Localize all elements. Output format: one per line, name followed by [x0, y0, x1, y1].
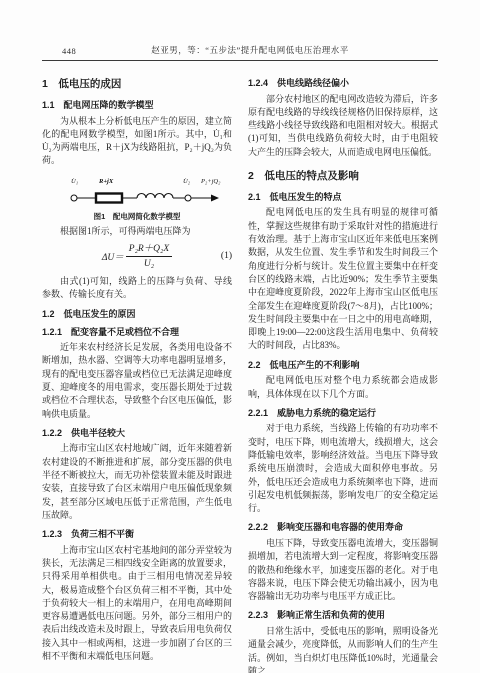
- paragraph: 日常生活中，受低电压的影响，照明设备光通量会减少，亮度降低，从而影响人们的生产生…: [248, 625, 438, 673]
- section-1-2-4-heading: 1.2.4 供电线路线径偏小: [248, 76, 438, 89]
- figure-label-pq: P₂+jQ₂: [200, 178, 221, 185]
- section-2-heading: 2 低电压的特点及影响: [248, 168, 438, 183]
- section-2-2-3-heading: 2.2.3 影响正常生活和负荷的使用: [248, 608, 438, 621]
- figure-label-u2: U̇₂: [183, 178, 191, 185]
- page-header: 448 赵亚男，等：“五步法”提升配电网低电压治理水平: [42, 0, 438, 56]
- section-1-2-heading: 1.2 低电压发生的原因: [42, 307, 232, 320]
- figure-1-caption: 图1 配电网简化数学模型: [42, 211, 232, 222]
- equation-numerator: P₂R＋Q₂X: [126, 243, 172, 257]
- impedance-box: [96, 193, 122, 202]
- paragraph: 部分农村地区的配电网改造较为滞后，许多原有配电线路的导线线径规格仍旧保持原样，这…: [248, 93, 438, 159]
- section-2-2-1-heading: 2.2.1 威胁电力系统的稳定运行: [248, 406, 438, 419]
- paragraph: 根据图1所示，可得两端电压降为: [42, 225, 232, 238]
- section-1-1-heading: 1.1 配电网压降的数学模型: [42, 98, 232, 111]
- paragraph: 由式(1)可知，线路上的压降与负荷、导线参数、传输长度有关。: [42, 275, 232, 302]
- section-1-2-3-heading: 1.2.3 负荷三相不平衡: [42, 527, 232, 540]
- two-column-body: 1 低电压的成因 1.1 配电网压降的数学模型 为从根本上分析低电压产生的原因，…: [42, 67, 438, 673]
- equation-lhs: ΔU＝: [102, 249, 124, 263]
- section-1-2-1-heading: 1.2.1 配变容量不足或档位不合理: [42, 325, 232, 338]
- figure-label-u1: U̇₁: [71, 178, 78, 185]
- section-1-heading: 1 低电压的成因: [42, 76, 232, 91]
- page-number: 448: [42, 46, 122, 56]
- section-1-2-2-heading: 1.2.2 供电半径较大: [42, 426, 232, 439]
- paragraph: 上海市宝山区农村地域广阔，近年来随着新农村建设的不断推进和扩展，部分变压器的供电…: [42, 442, 232, 522]
- equation-1: ΔU＝ P₂R＋Q₂X U₂ (1): [42, 243, 232, 270]
- header-rule: [42, 60, 438, 61]
- paper-page: 448 赵亚男，等：“五步法”提升配电网低电压治理水平 1 低电压的成因 1.1…: [0, 0, 480, 673]
- right-column: 1.2.4 供电线路线径偏小 部分农村地区的配电网改造较为滞后，许多原有配电线路…: [248, 67, 438, 673]
- equation-fraction: P₂R＋Q₂X U₂: [126, 243, 172, 270]
- figure-label-rjx: R+jX: [98, 178, 114, 185]
- arrowhead-icon: [211, 194, 219, 201]
- terminal-node: [71, 195, 77, 201]
- paragraph: 上海市宝山区农村宅基地间的部分弄堂较为狭长，无法满足三相四线安全距离的放置要求，…: [42, 544, 232, 664]
- circuit-diagram: U̇₁ R+jX U̇₂ P₂+jQ₂: [43, 173, 231, 209]
- terminal-node: [185, 195, 191, 201]
- figure-1: U̇₁ R+jX U̇₂ P₂+jQ₂: [42, 173, 232, 222]
- section-2-1-heading: 2.1 低电压发生的特点: [248, 190, 438, 203]
- left-column: 1 低电压的成因 1.1 配电网压降的数学模型 为从根本上分析低电压产生的原因，…: [42, 67, 232, 673]
- inductor-coil: [137, 193, 173, 198]
- paragraph: 配电网低电压对整个电力系统都会造成影响，具体体现在以下几个方面。: [248, 374, 438, 401]
- section-2-2-heading: 2.2 低电压产生的不利影响: [248, 358, 438, 371]
- paragraph: 电压下降，导致变压器电流增大，变压器铜损增加，若电流增大到一定程度，将影响变压器…: [248, 537, 438, 603]
- equation-number: (1): [221, 251, 232, 261]
- equation-denominator: U₂: [144, 257, 154, 270]
- paragraph: 近年来农村经济长足发展，各类用电设备不断增加，热水器、空调等大功率电器明显增多，…: [42, 341, 232, 421]
- section-2-2-2-heading: 2.2.2 影响变压器和电容器的使用寿命: [248, 520, 438, 533]
- running-title: 赵亚男，等：“五步法”提升配电网低电压治理水平: [122, 44, 378, 56]
- paragraph: 配电网低电压的发生具有明显的规律可循性，掌握这些规律有助于采取针对性的措施进行有…: [248, 206, 438, 352]
- paragraph: 为从根本上分析低电压产生的原因，建立简化的配电网数学模型，如图1所示。其中，U̇…: [42, 115, 232, 168]
- paragraph: 对于电力系统，当线路上传输的有功功率不变时，电压下降，则电流增大，线损增大，这会…: [248, 422, 438, 515]
